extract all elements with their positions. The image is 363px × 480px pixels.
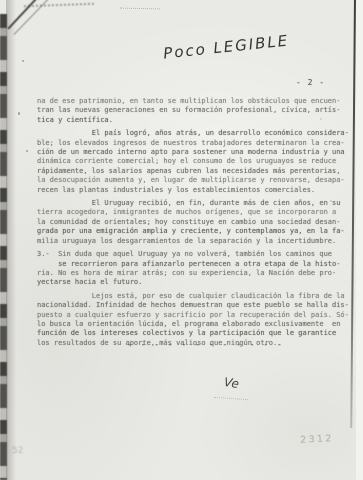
pencil-mark: 52 — [12, 446, 23, 456]
scan-speck — [22, 60, 24, 62]
binding-edge-shadow — [6, 0, 16, 480]
typewritten-line: ble; los elevados ingresos de nuestros t… — [37, 139, 353, 148]
typewritten-line: la desocupación aumenta y, en lugar de m… — [37, 176, 353, 185]
page-number: - 2 - — [296, 78, 325, 87]
paragraph: 3.- Sin duda que aquel Uruguay ya no vol… — [37, 250, 353, 288]
scan-noise — [120, 8, 160, 13]
typewritten-line: ria. No es hora de mirar atrás; con su e… — [37, 269, 353, 278]
scanned-page: Poco LEGIBLE - 2 - na de ese patrimonio,… — [0, 0, 363, 480]
typewritten-line: El país logró, años atrás, un desarrollo… — [37, 129, 353, 138]
scan-speck — [18, 112, 20, 115]
typewritten-line: milia uruguaya los desgarramientos de la… — [37, 237, 353, 246]
typewritten-line: la comunidad de orientales; hoy constitu… — [37, 218, 353, 227]
typewritten-line: tica y científica. — [37, 116, 353, 125]
scan-noise — [24, 3, 94, 12]
typewritten-line: tran las nuevas generaciones en su forma… — [37, 106, 353, 115]
typewritten-line: función de los intereses colectivos y la… — [37, 329, 353, 338]
typewritten-line: se recorrieron para afianzarlo pertenece… — [37, 260, 353, 269]
paragraph: El país logró, años atrás, un desarrollo… — [37, 129, 353, 195]
end-separator: - - - - - - - - - - - - — [127, 340, 284, 349]
scan-speck — [26, 150, 28, 152]
typewritten-line: na de ese patrimonio, en tanto se multip… — [37, 97, 353, 106]
typewritten-line: puesto a cualquier esfuerzo y sacrificio… — [37, 311, 353, 320]
handwritten-note: Poco LEGIBLE — [162, 31, 290, 62]
typewritten-line: recen las plantas industriales y los est… — [37, 186, 353, 195]
typewritten-line: yectarse hacia el futuro. — [37, 278, 353, 287]
typewritten-line: nacionalidad. Infinidad de hechos demues… — [37, 301, 353, 310]
smudge-mark — [214, 397, 248, 403]
typewritten-line: lo busca la orientación lúcida, el progr… — [37, 320, 353, 329]
reviewer-initial-mark: Ve — [223, 375, 240, 391]
text-block: na de ese patrimonio, en tanto se multip… — [37, 97, 353, 352]
scan-background — [356, 0, 363, 480]
typewritten-line: grada por una emigración amplia y crecie… — [37, 227, 353, 236]
typewritten-line: rápidamente, los salarios apenas cubren … — [37, 167, 353, 176]
paragraph: El Uruguay recibió, en fin, durante más … — [37, 199, 353, 246]
typewritten-line: Lejos está, por eso de cualquier claudic… — [37, 292, 353, 301]
pencil-number: 2312 — [300, 433, 334, 446]
typewritten-line: 3.- Sin duda que aquel Uruguay ya no vol… — [37, 250, 353, 259]
paragraph: na de ese patrimonio, en tanto se multip… — [37, 97, 353, 125]
typewritten-line: tierra acogedora, inmigrantes de muchos … — [37, 208, 353, 217]
typewritten-line: dinámica corriente comercial; hoy el con… — [37, 157, 353, 166]
